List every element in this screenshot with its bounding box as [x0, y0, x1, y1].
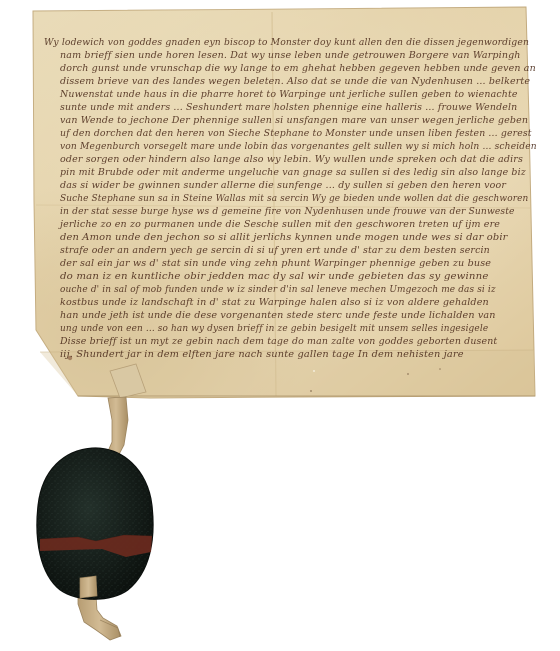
parchment-sheet — [33, 7, 535, 398]
charter-artwork — [0, 0, 560, 651]
charter-image: Wy lodewich von goddes gnaden eyn biscop… — [0, 0, 560, 651]
wax-seal — [37, 448, 153, 599]
